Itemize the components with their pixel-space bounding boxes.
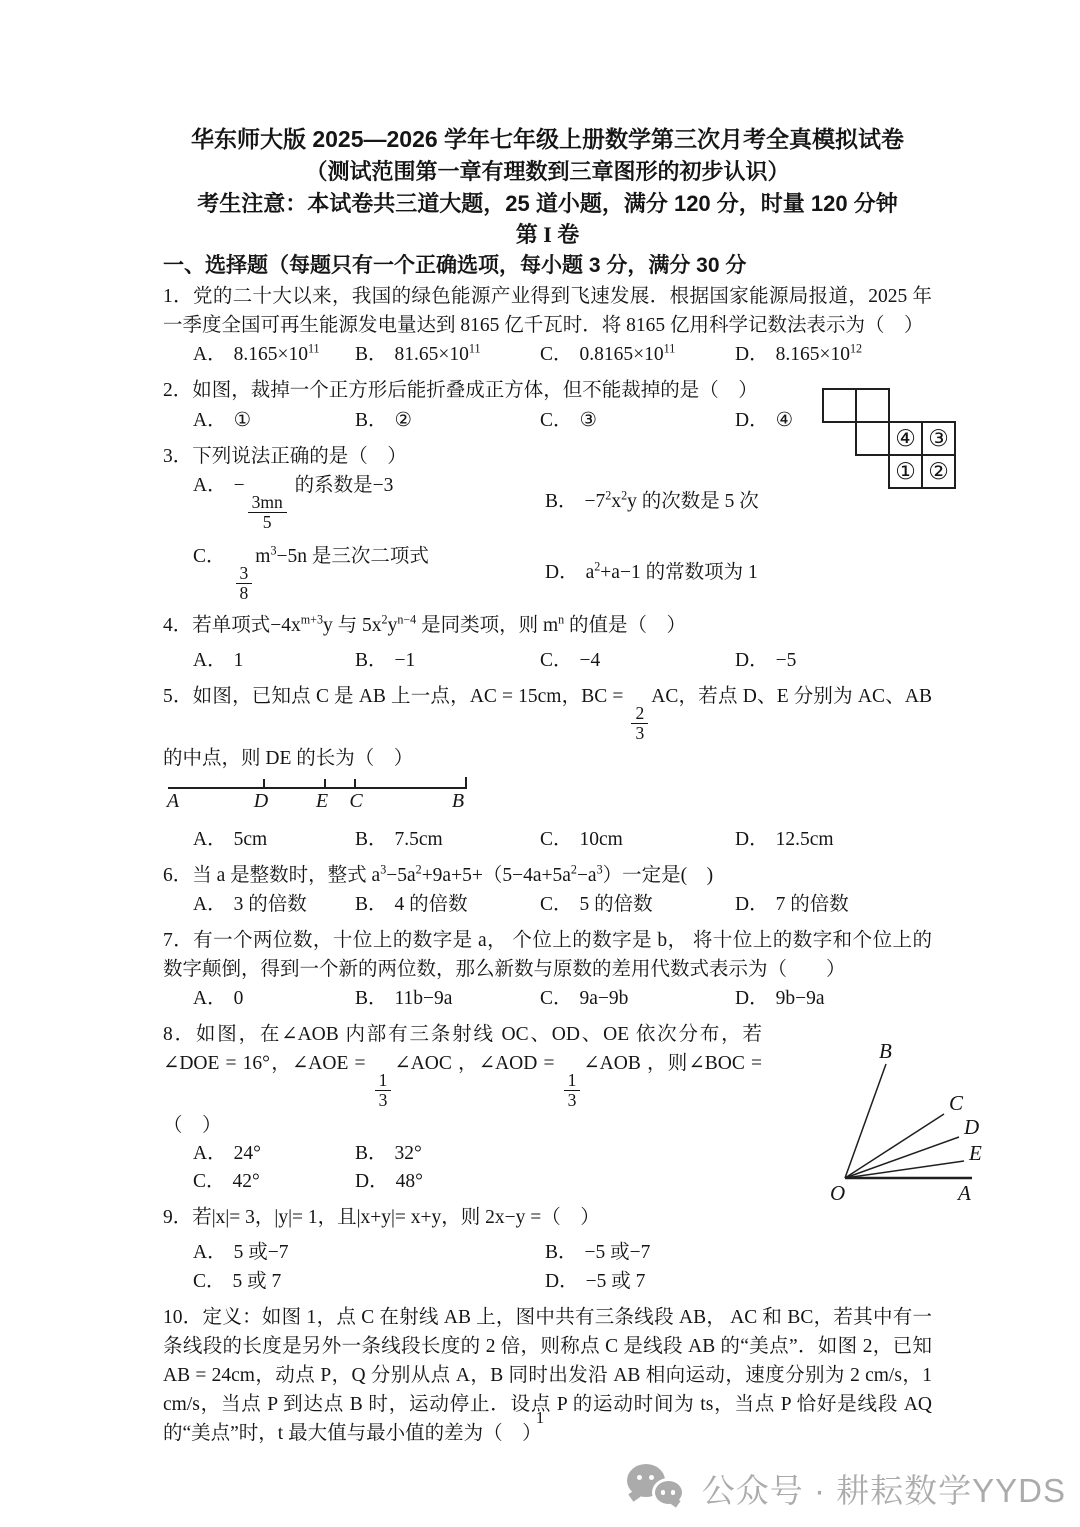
tick-mark-d	[263, 779, 265, 789]
option-1b: B．81.65×1011	[355, 340, 540, 369]
question-7: 7．有一个两位数，十位上的数字是 a， 个位上的数字是 b， 将十位上的数字和个…	[163, 926, 932, 1013]
option-2c: C．③	[540, 405, 735, 435]
option-7a: A．0	[193, 984, 355, 1013]
chat-bubble-small	[652, 1478, 685, 1507]
option-text: −5 或 7	[586, 1271, 646, 1292]
option-text: 42°	[233, 1171, 260, 1192]
option-text: 7.5cm	[395, 829, 443, 850]
wechat-watermark: 公众号 · 耕耘数学YYDS	[625, 1462, 1066, 1514]
option-6a: A．3 的倍数	[193, 890, 355, 919]
option-label: B．	[355, 1143, 388, 1164]
option-9b: B．−5 或−7	[545, 1238, 932, 1267]
option-4b: B．−1	[355, 646, 540, 675]
option-label: B．	[355, 829, 388, 850]
option-5c: C．10cm	[540, 825, 735, 854]
exam-notice: 考生注意：本试卷共三道大题，25 道小题，满分 120 分，时量 120 分钟	[163, 188, 932, 220]
question-5-options: A．5cm B．7.5cm C．10cm D．12.5cm	[163, 825, 932, 854]
option-label: A．	[193, 1143, 227, 1164]
ray-oe	[845, 1161, 964, 1178]
option-label: B．	[545, 491, 578, 512]
question-7-stem: 7．有一个两位数，十位上的数字是 a， 个位上的数字是 b， 将十位上的数字和个…	[163, 926, 932, 984]
option-label: C．	[540, 650, 573, 671]
option-9d: D．−5 或 7	[545, 1267, 932, 1296]
exam-page: { "colors": { "text": "#151515", "wm": "…	[0, 0, 1080, 1527]
option-6b: B．4 的倍数	[355, 890, 540, 919]
question-2: 2．如图，裁掉一个正方形后能折叠成正方体，但不能裁掉的是（ ） A．① B．② …	[163, 376, 932, 435]
option-text: 10cm	[580, 829, 623, 850]
option-label: C．	[540, 988, 573, 1009]
option-7d: D．9b−9a	[735, 984, 932, 1013]
option-text: 5 或 7	[233, 1271, 282, 1292]
segment-line	[168, 787, 466, 789]
point-label-c: C	[349, 790, 362, 813]
option-text: 3 的倍数	[234, 894, 307, 915]
volume-label: 第 I 卷	[163, 220, 932, 250]
option-label: D．	[735, 988, 769, 1009]
option-text: ②	[395, 408, 412, 431]
angle-figure: B C D E O A	[822, 1030, 987, 1212]
tick-mark-b	[465, 777, 467, 789]
question-2-options: A．① B．② C．③ D．④	[163, 405, 932, 435]
option-text: 5 的倍数	[580, 894, 653, 915]
option-7b: B．11b−9a	[355, 984, 540, 1013]
section-1-heading: 一、选择题（每题只有一个正确选项，每小题 3 分，满分 30 分	[163, 250, 932, 282]
point-label-d: D	[254, 790, 268, 813]
option-text: −3mn5 的系数是−3	[234, 475, 394, 496]
question-9-stem: 9．若|x|= 3，|y|= 1，且|x+y|= x+y，则 2x−y =（ ）	[163, 1203, 932, 1232]
option-text: 8.165×1012	[776, 344, 862, 365]
page-number: 1	[0, 1408, 1080, 1428]
option-label: B．	[545, 1242, 578, 1263]
option-label: D．	[735, 344, 769, 365]
option-7c: C．9a−9b	[540, 984, 735, 1013]
question-5: 5．如图，已知点 C 是 AB 上一点，AC = 15cm，BC = 23AC，…	[163, 682, 932, 854]
net-cell	[855, 388, 890, 423]
option-label: A．	[193, 650, 227, 671]
angle-label-d: D	[963, 1115, 979, 1139]
option-3d: D．a2+a−1 的常数项为 1	[545, 558, 932, 587]
ray-ob	[845, 1064, 886, 1178]
option-text: ④	[776, 408, 793, 431]
option-label: B．	[355, 650, 388, 671]
question-2-stem: 2．如图，裁掉一个正方形后能折叠成正方体，但不能裁掉的是（ ）	[163, 376, 932, 405]
question-4-options: A．1 B．−1 C．−4 D．−5	[163, 646, 932, 675]
option-text: −5	[776, 650, 797, 671]
option-text: −72x2y 的次数是 5 次	[585, 491, 759, 512]
option-text: 12.5cm	[776, 829, 834, 850]
question-6-options: A．3 的倍数 B．4 的倍数 C．5 的倍数 D．7 的倍数	[163, 890, 932, 919]
option-3a: A．−3mn5 的系数是−3	[193, 471, 545, 533]
exam-scope: （测试范围第一章有理数到三章图形的初步认识）	[163, 156, 932, 188]
angle-label-e: E	[968, 1141, 982, 1165]
option-label: D．	[355, 1171, 389, 1192]
option-label: B．	[355, 410, 388, 431]
option-text: 11b−9a	[395, 988, 453, 1009]
option-label: D．	[545, 1271, 579, 1292]
watermark-text: 公众号 · 耕耘数学YYDS	[702, 1465, 1066, 1512]
option-text: 9b−9a	[776, 988, 825, 1009]
option-label: C．	[193, 1271, 226, 1292]
option-text: 24°	[234, 1143, 261, 1164]
option-label: A．	[193, 829, 227, 850]
ray-od	[845, 1137, 959, 1178]
option-label: A．	[193, 1242, 227, 1263]
option-1d: D．8.165×1012	[735, 340, 932, 369]
option-3c: C．38m3−5n 是三次二项式	[193, 542, 545, 604]
question-4: 4．若单项式−4xm+3y 与 5x2yn−4 是同类项，则 mn 的值是（ ）…	[163, 611, 932, 675]
option-text: 5 或−7	[234, 1242, 289, 1263]
option-text: 4 的倍数	[395, 894, 468, 915]
option-2b: B．②	[355, 405, 540, 435]
option-label: B．	[355, 344, 388, 365]
option-label: A．	[193, 988, 227, 1009]
angle-label-a: A	[956, 1181, 971, 1205]
option-label: D．	[735, 410, 769, 431]
option-label: D．	[735, 829, 769, 850]
question-7-options: A．0 B．11b−9a C．9a−9b D．9b−9a	[163, 984, 932, 1013]
option-label: C．	[540, 894, 573, 915]
exam-content: 华东师大版 2025—2026 学年七年级上册数学第三次月考全真模拟试卷 （测试…	[0, 0, 1080, 1448]
ray-oc	[845, 1114, 944, 1178]
option-5a: A．5cm	[193, 825, 355, 854]
question-4-stem: 4．若单项式−4xm+3y 与 5x2yn−4 是同类项，则 mn 的值是（ ）	[163, 611, 932, 640]
wechat-icon	[625, 1462, 689, 1514]
option-3b: B．−72x2y 的次数是 5 次	[545, 487, 932, 516]
option-label: C．	[193, 1171, 226, 1192]
option-4a: A．1	[193, 646, 355, 675]
angle-label-b: B	[879, 1039, 892, 1063]
point-label-a: A	[167, 790, 179, 813]
question-6: 6．当 a 是整数时，整式 a3−5a2+9a+5+（5−4a+5a2−a3）一…	[163, 861, 932, 919]
option-9c: C．5 或 7	[193, 1267, 545, 1296]
option-text: 8.165×1011	[234, 344, 320, 365]
tick-mark-c	[354, 779, 356, 789]
option-label: A．	[193, 410, 227, 431]
option-text: 81.65×1011	[395, 344, 481, 365]
option-text: 32°	[395, 1143, 422, 1164]
option-label: D．	[735, 650, 769, 671]
option-9a: A．5 或−7	[193, 1238, 545, 1267]
option-label: C．	[540, 410, 573, 431]
tick-mark-e	[324, 779, 326, 789]
angle-label-c: C	[949, 1091, 964, 1115]
question-3-stem: 3．下列说法正确的是（ ）	[163, 442, 932, 471]
point-label-b: B	[452, 790, 464, 813]
option-8c: C．42°	[193, 1168, 355, 1196]
option-6d: D．7 的倍数	[735, 890, 932, 919]
option-label: B．	[355, 988, 388, 1009]
option-label: A．	[193, 894, 227, 915]
question-3: 3．下列说法正确的是（ ） A．−3mn5 的系数是−3 B．−72x2y 的次…	[163, 442, 932, 604]
option-label: D．	[545, 562, 579, 583]
question-1: 1．党的二十大以来，我国的绿色能源产业得到飞速发展．根据国家能源局报道，2025…	[163, 282, 932, 369]
option-text: ①	[234, 408, 251, 431]
option-5b: B．7.5cm	[355, 825, 540, 854]
option-label: A．	[193, 344, 227, 365]
option-text: a2+a−1 的常数项为 1	[586, 562, 758, 583]
question-6-stem: 6．当 a 是整数时，整式 a3−5a2+9a+5+（5−4a+5a2−a3）一…	[163, 861, 932, 890]
question-9-options: A．5 或−7 B．−5 或−7 C．5 或 7 D．−5 或 7	[163, 1238, 932, 1296]
option-text: 48°	[396, 1171, 423, 1192]
option-text: 1	[234, 650, 244, 671]
option-text: −5 或−7	[585, 1242, 651, 1263]
option-text: 38m3−5n 是三次二项式	[233, 546, 429, 567]
question-1-stem: 1．党的二十大以来，我国的绿色能源产业得到飞速发展．根据国家能源局报道，2025…	[163, 282, 932, 340]
option-text: 0	[234, 988, 244, 1009]
option-1c: C．0.8165×1011	[540, 340, 735, 369]
question-5-stem: 5．如图，已知点 C 是 AB 上一点，AC = 15cm，BC = 23AC，…	[163, 682, 932, 773]
option-5d: D．12.5cm	[735, 825, 932, 854]
option-text: −4	[580, 650, 601, 671]
option-text: ③	[580, 408, 597, 431]
option-4c: C．−4	[540, 646, 735, 675]
option-label: B．	[355, 894, 388, 915]
option-label: C．	[193, 546, 226, 567]
option-text: 7 的倍数	[776, 894, 849, 915]
option-label: C．	[540, 829, 573, 850]
question-8-options: A．24° B．32° C．42° D．48°	[163, 1140, 932, 1196]
option-6c: C．5 的倍数	[540, 890, 735, 919]
option-8a: A．24°	[193, 1140, 355, 1168]
net-cell	[822, 388, 857, 423]
point-label-e: E	[316, 790, 328, 813]
question-8-stem: 8．如图，在∠AOB 内部有三条射线 OC、OD、OE 依次分布，若∠DOE =…	[163, 1020, 932, 1140]
exam-title: 华东师大版 2025—2026 学年七年级上册数学第三次月考全真模拟试卷	[163, 122, 932, 156]
option-text: 5cm	[234, 829, 268, 850]
option-1a: A．8.165×1011	[193, 340, 355, 369]
option-label: D．	[735, 894, 769, 915]
question-8: 8．如图，在∠AOB 内部有三条射线 OC、OD、OE 依次分布，若∠DOE =…	[163, 1020, 932, 1196]
option-text: 9a−9b	[580, 988, 629, 1009]
option-label: A．	[193, 475, 227, 496]
segment-figure: A D E C B	[166, 777, 486, 823]
option-text: −1	[395, 650, 416, 671]
option-label: C．	[540, 344, 573, 365]
question-3-options: A．−3mn5 的系数是−3 B．−72x2y 的次数是 5 次 C．38m3−…	[163, 471, 932, 604]
question-1-options: A．8.165×1011 B．81.65×1011 C．0.8165×1011 …	[163, 340, 932, 369]
option-text: 0.8165×1011	[580, 344, 676, 365]
option-4d: D．−5	[735, 646, 932, 675]
option-2a: A．①	[193, 405, 355, 435]
angle-label-o: O	[830, 1181, 845, 1205]
question-9: 9．若|x|= 3，|y|= 1，且|x+y|= x+y，则 2x−y =（ ）…	[163, 1203, 932, 1296]
